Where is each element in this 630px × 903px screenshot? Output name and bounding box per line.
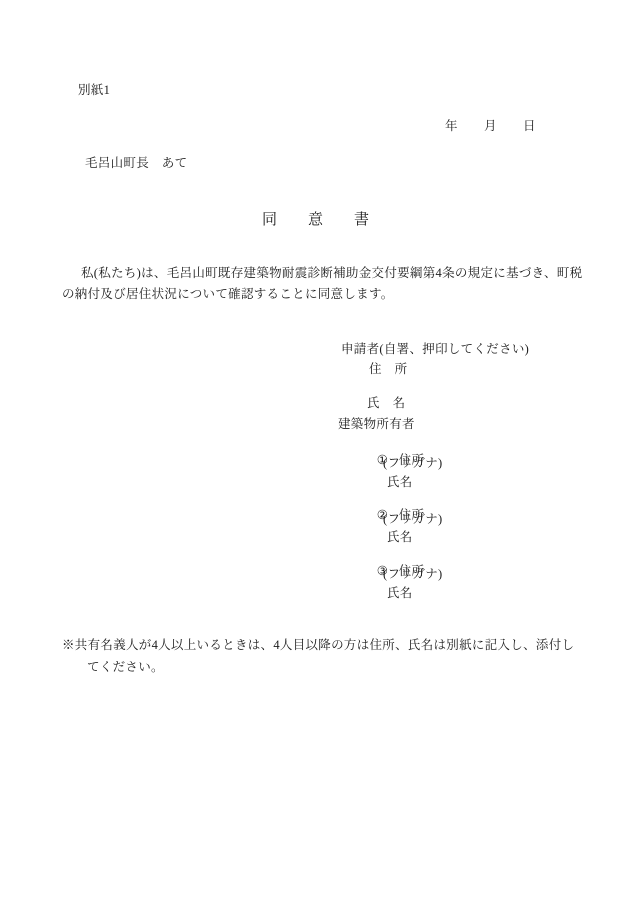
- addressee: 毛呂山町長 あて: [85, 156, 187, 171]
- document-page: 別紙1 年 月 日 毛呂山町長 あて 同意書 私(私たち)は、毛呂山町既存建築物…: [0, 0, 630, 903]
- applicant-address-label: 住 所: [369, 362, 407, 377]
- body-line-1: 私(私たち)は、毛呂山町既存建築物耐震診断補助金交付要綱第4条の規定に基づき、町…: [81, 266, 582, 281]
- note-line-1: ※共有名義人が4人以上いるときは、4人目以降の方は住所、氏名は別紙に記入し、添付…: [62, 638, 574, 653]
- applicant-name-label: 氏 名: [367, 396, 405, 411]
- date-line: 年 月 日: [445, 119, 536, 134]
- owner-2-name-label: 氏名: [387, 530, 413, 545]
- attachment-label: 別紙1: [78, 83, 110, 98]
- owner-3-name-label: 氏名: [387, 586, 413, 601]
- note-line-2: てください。: [87, 660, 164, 675]
- owner-3-furigana-label: (フリガナ): [383, 567, 443, 582]
- owners-heading: 建築物所有者: [338, 417, 415, 432]
- owner-2-furigana-label: (フリガナ): [383, 512, 443, 527]
- applicant-heading: 申請者(自署、押印してください): [341, 342, 529, 357]
- owner-1-name-label: 氏名: [387, 475, 413, 490]
- owner-1-furigana-label: (フリガナ): [383, 456, 443, 471]
- document-title: 同意書: [262, 211, 400, 229]
- body-line-2: の納付及び居住状況について確認することに同意します。: [62, 287, 394, 302]
